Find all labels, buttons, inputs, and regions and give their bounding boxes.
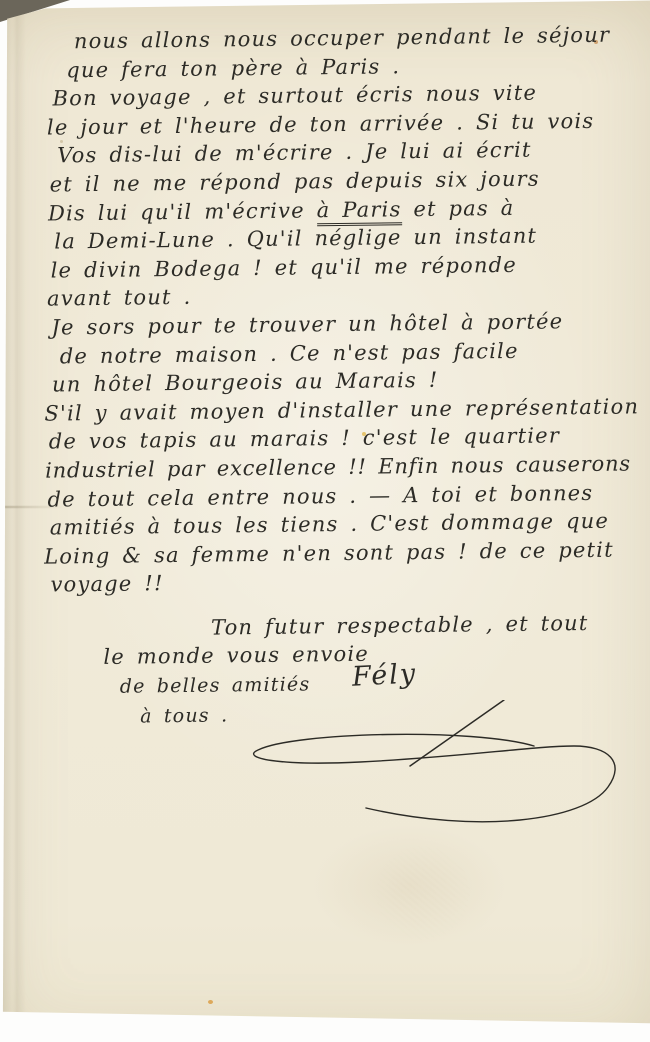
signature-flourish — [182, 700, 622, 835]
letter-text: industriel par excellence !! Enfin nous … — [45, 451, 631, 482]
letter-text: de vos tapis au marais ! c'est le quarti… — [49, 424, 561, 454]
letter-text: un hôtel Bourgeois au Marais ! — [52, 368, 439, 397]
letter-text: nous allons nous occuper pendant le séjo… — [74, 23, 611, 54]
fingerprint-smudge — [368, 838, 478, 948]
letter-text: Je sors pour te trouver un hôtel à porté… — [51, 309, 563, 339]
paper-speck — [208, 1000, 213, 1004]
letter-text: Bon voyage , et surtout écris nous vite — [52, 81, 537, 111]
letter-text: et il ne me répond pas depuis six jours — [49, 167, 539, 197]
signature: Fély — [351, 658, 418, 692]
letter-text: le jour et l'heure de ton arrivée . Si t… — [47, 109, 595, 140]
letter-text: Loing & sa femme n'en sont pas ! de ce p… — [44, 537, 614, 568]
letter-paper: nous allons nous occuper pendant le séjo… — [0, 0, 650, 1042]
letter-text: le monde vous envoie — [103, 642, 369, 669]
letter-text: Vos dis-lui de m'écrire . Je lui ai écri… — [57, 138, 532, 168]
letter-text: Ton futur respectable , et tout — [211, 611, 589, 640]
letter-text: que fera ton père à Paris . — [66, 54, 400, 82]
letter-text: à Paris — [317, 197, 402, 226]
letter-text: de belles amitiés — [120, 673, 311, 697]
letter-scan: nous allons nous occuper pendant le séjo… — [0, 0, 650, 1042]
letter-text: le divin Bodega ! et qu'il me réponde — [51, 253, 517, 283]
letter-text: la Demi-Lune . Qu'il néglige un instant — [54, 224, 537, 254]
letter-body: nous allons nous occuper pendant le séjo… — [34, 20, 647, 732]
letter-text: et pas à — [401, 195, 514, 220]
letter-text: voyage !! — [50, 571, 163, 596]
letter-text: de tout cela entre nous . — A toi et bon… — [47, 480, 593, 511]
letter-text: avant tout . — [47, 285, 192, 311]
letter-text: amitiés à tous les tiens . C'est dommage… — [50, 509, 610, 540]
letter-line: voyage !! — [40, 564, 644, 600]
letter-text: S'il y avait moyen d'installer une repré… — [44, 394, 639, 425]
letter-text: de notre maison . Ce n'est pas facile — [60, 338, 519, 368]
letter-text: Dis lui qu'il m'écrive — [48, 198, 317, 225]
